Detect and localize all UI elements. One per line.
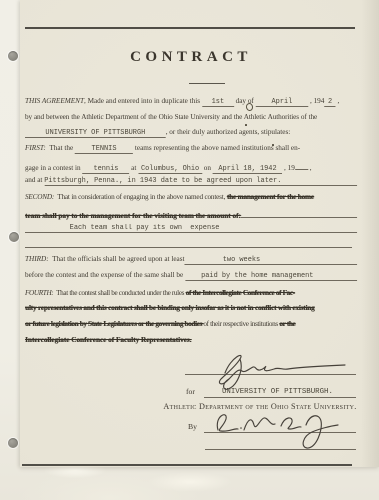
date-blank: April 18, 1942 (213, 162, 282, 174)
clause-second-line-1: SECOND: That in consideration of engagin… (25, 191, 357, 204)
contest-blank: tennis (82, 162, 129, 174)
typed-institution: UNIVERSITY OF PITTSBURGH (45, 129, 145, 137)
print-text: of their respective institutions (203, 318, 279, 330)
typed-date: April 18, 1942 (218, 165, 276, 173)
struck-text: of the Intercollegiate Conference of Fac… (186, 287, 295, 299)
print-text: , 194 (308, 95, 324, 107)
clause-fourth-line-2: ulty representatives and this contract s… (25, 302, 357, 315)
print-text: , (336, 95, 340, 107)
print-text: before the contest and the expense of th… (25, 269, 185, 281)
print-text: , 19 (282, 162, 295, 174)
struck-text: the management for the home (227, 191, 314, 203)
typed-sport: TENNIS (92, 145, 117, 153)
print-text: and at (25, 174, 44, 186)
by-label: By (188, 422, 197, 431)
clause-first-label: FIRST: (25, 142, 46, 154)
typed-place: Columbus, Ohio (141, 165, 199, 173)
clause-third-line-2: before the contest and the expense of th… (25, 269, 357, 282)
struck-text: Intercollegiate Conference of Faculty Re… (25, 334, 191, 346)
print-text: That in consideration of engaging in the… (54, 191, 227, 203)
print-text: , or their duly authorized agents, stipu… (166, 126, 291, 138)
ink-speck (245, 124, 247, 126)
agreement-label: THIS AGREEMENT (25, 95, 84, 107)
blank-underline (241, 206, 357, 218)
print-text: on (202, 162, 213, 174)
struck-text: or future legislation by State Legislatu… (25, 318, 203, 330)
for-underline (204, 397, 356, 398)
contract-page: CONTRACT THIS AGREEMENT, Made and entere… (20, 0, 379, 467)
clause-first-line-1: FIRST: That the TENNIS teams representin… (25, 142, 357, 155)
officials-blank: two weeks (185, 253, 358, 265)
print-text: by and between the Athletic Department o… (25, 111, 317, 123)
clause-third-label: THIRD: (25, 253, 49, 265)
punch-hole-bottom (8, 438, 18, 448)
day-blank: 1st (202, 95, 234, 107)
struck-text: ulty representatives and this contract s… (25, 302, 314, 314)
punch-hole-middle (9, 232, 19, 242)
typed-return-game: Pittsburgh, Penna., in 1943 date to be a… (44, 177, 281, 185)
clause-fourth-label: FOURTH: (25, 287, 53, 299)
clause-second-line-3: Each team shall pay its own expense (25, 221, 357, 234)
typed-contest: tennis (93, 165, 118, 173)
document-title: CONTRACT (25, 49, 357, 66)
sport-blank: TENNIS (75, 142, 133, 154)
clause-first-line-3: and at Pittsburgh, Penna., in 1943 date … (25, 174, 357, 187)
expense-blank: Each team shall pay its own expense (25, 221, 357, 233)
expense-of-same-blank: paid by the home management (185, 269, 357, 281)
print-text: gage in a contest in (25, 162, 82, 174)
pitt-signature-handwriting (195, 348, 360, 393)
clause-fourth-line-3: or future legislation by State Legislatu… (25, 318, 357, 331)
typed-month: April (272, 98, 293, 106)
print-text: , (308, 162, 312, 174)
year-blank: 2 (324, 95, 335, 107)
print-text: teams representing the above named insti… (133, 142, 300, 154)
typed-year: 2 (328, 98, 332, 106)
clause-first-line-2: gage in a contest in tennis at Columbus,… (25, 158, 357, 171)
institution-blank: UNIVERSITY OF PITTSBURGH (25, 126, 166, 138)
bottom-rule (22, 464, 352, 466)
for-label: for (186, 387, 195, 396)
print-text: That the (46, 142, 75, 154)
osu-signature-handwriting (202, 404, 354, 454)
print-text: at (129, 162, 138, 174)
agreement-line-1: THIS AGREEMENT, Made and entered into in… (25, 95, 357, 108)
clause-fourth-line-1: FOURTH: That the contest shall be conduc… (25, 287, 357, 300)
clause-second-label: SECOND: (25, 191, 54, 203)
place-blank: Columbus, Ohio (138, 162, 202, 174)
ink-speck (272, 144, 274, 146)
typed-expense: Each team shall pay its own expense (70, 224, 220, 232)
typed-two-weeks: two weeks (223, 256, 260, 264)
agreement-line-2: by and between the Athletic Department o… (25, 111, 357, 124)
return-game-blank: Pittsburgh, Penna., in 1943 date to be a… (44, 174, 357, 186)
typed-day: 1st (212, 98, 224, 106)
agreement-line-3: UNIVERSITY OF PITTSBURGH, or their duly … (25, 126, 357, 139)
typed-paid-by: paid by the home management (201, 272, 313, 280)
struck-text: or the (279, 318, 295, 330)
blank-underline (25, 247, 352, 248)
clause-third-line-1: THIRD: That the officials shall be agree… (25, 253, 357, 266)
top-rule (25, 27, 355, 29)
year-blank-2 (295, 158, 308, 170)
print-text: That the contest shall be conducted unde… (53, 287, 185, 299)
clause-fourth-line-4: Intercollegiate Conference of Faculty Re… (25, 334, 357, 347)
print-text: , Made and entered into in duplicate thi… (84, 95, 202, 107)
title-rule (189, 83, 225, 84)
clause-second-line-2: team shall pay to the management for the… (25, 206, 357, 219)
punch-hole-top (8, 51, 18, 61)
print-text: That the officials shall be agreed upon … (49, 253, 185, 265)
month-blank: April (256, 95, 309, 107)
